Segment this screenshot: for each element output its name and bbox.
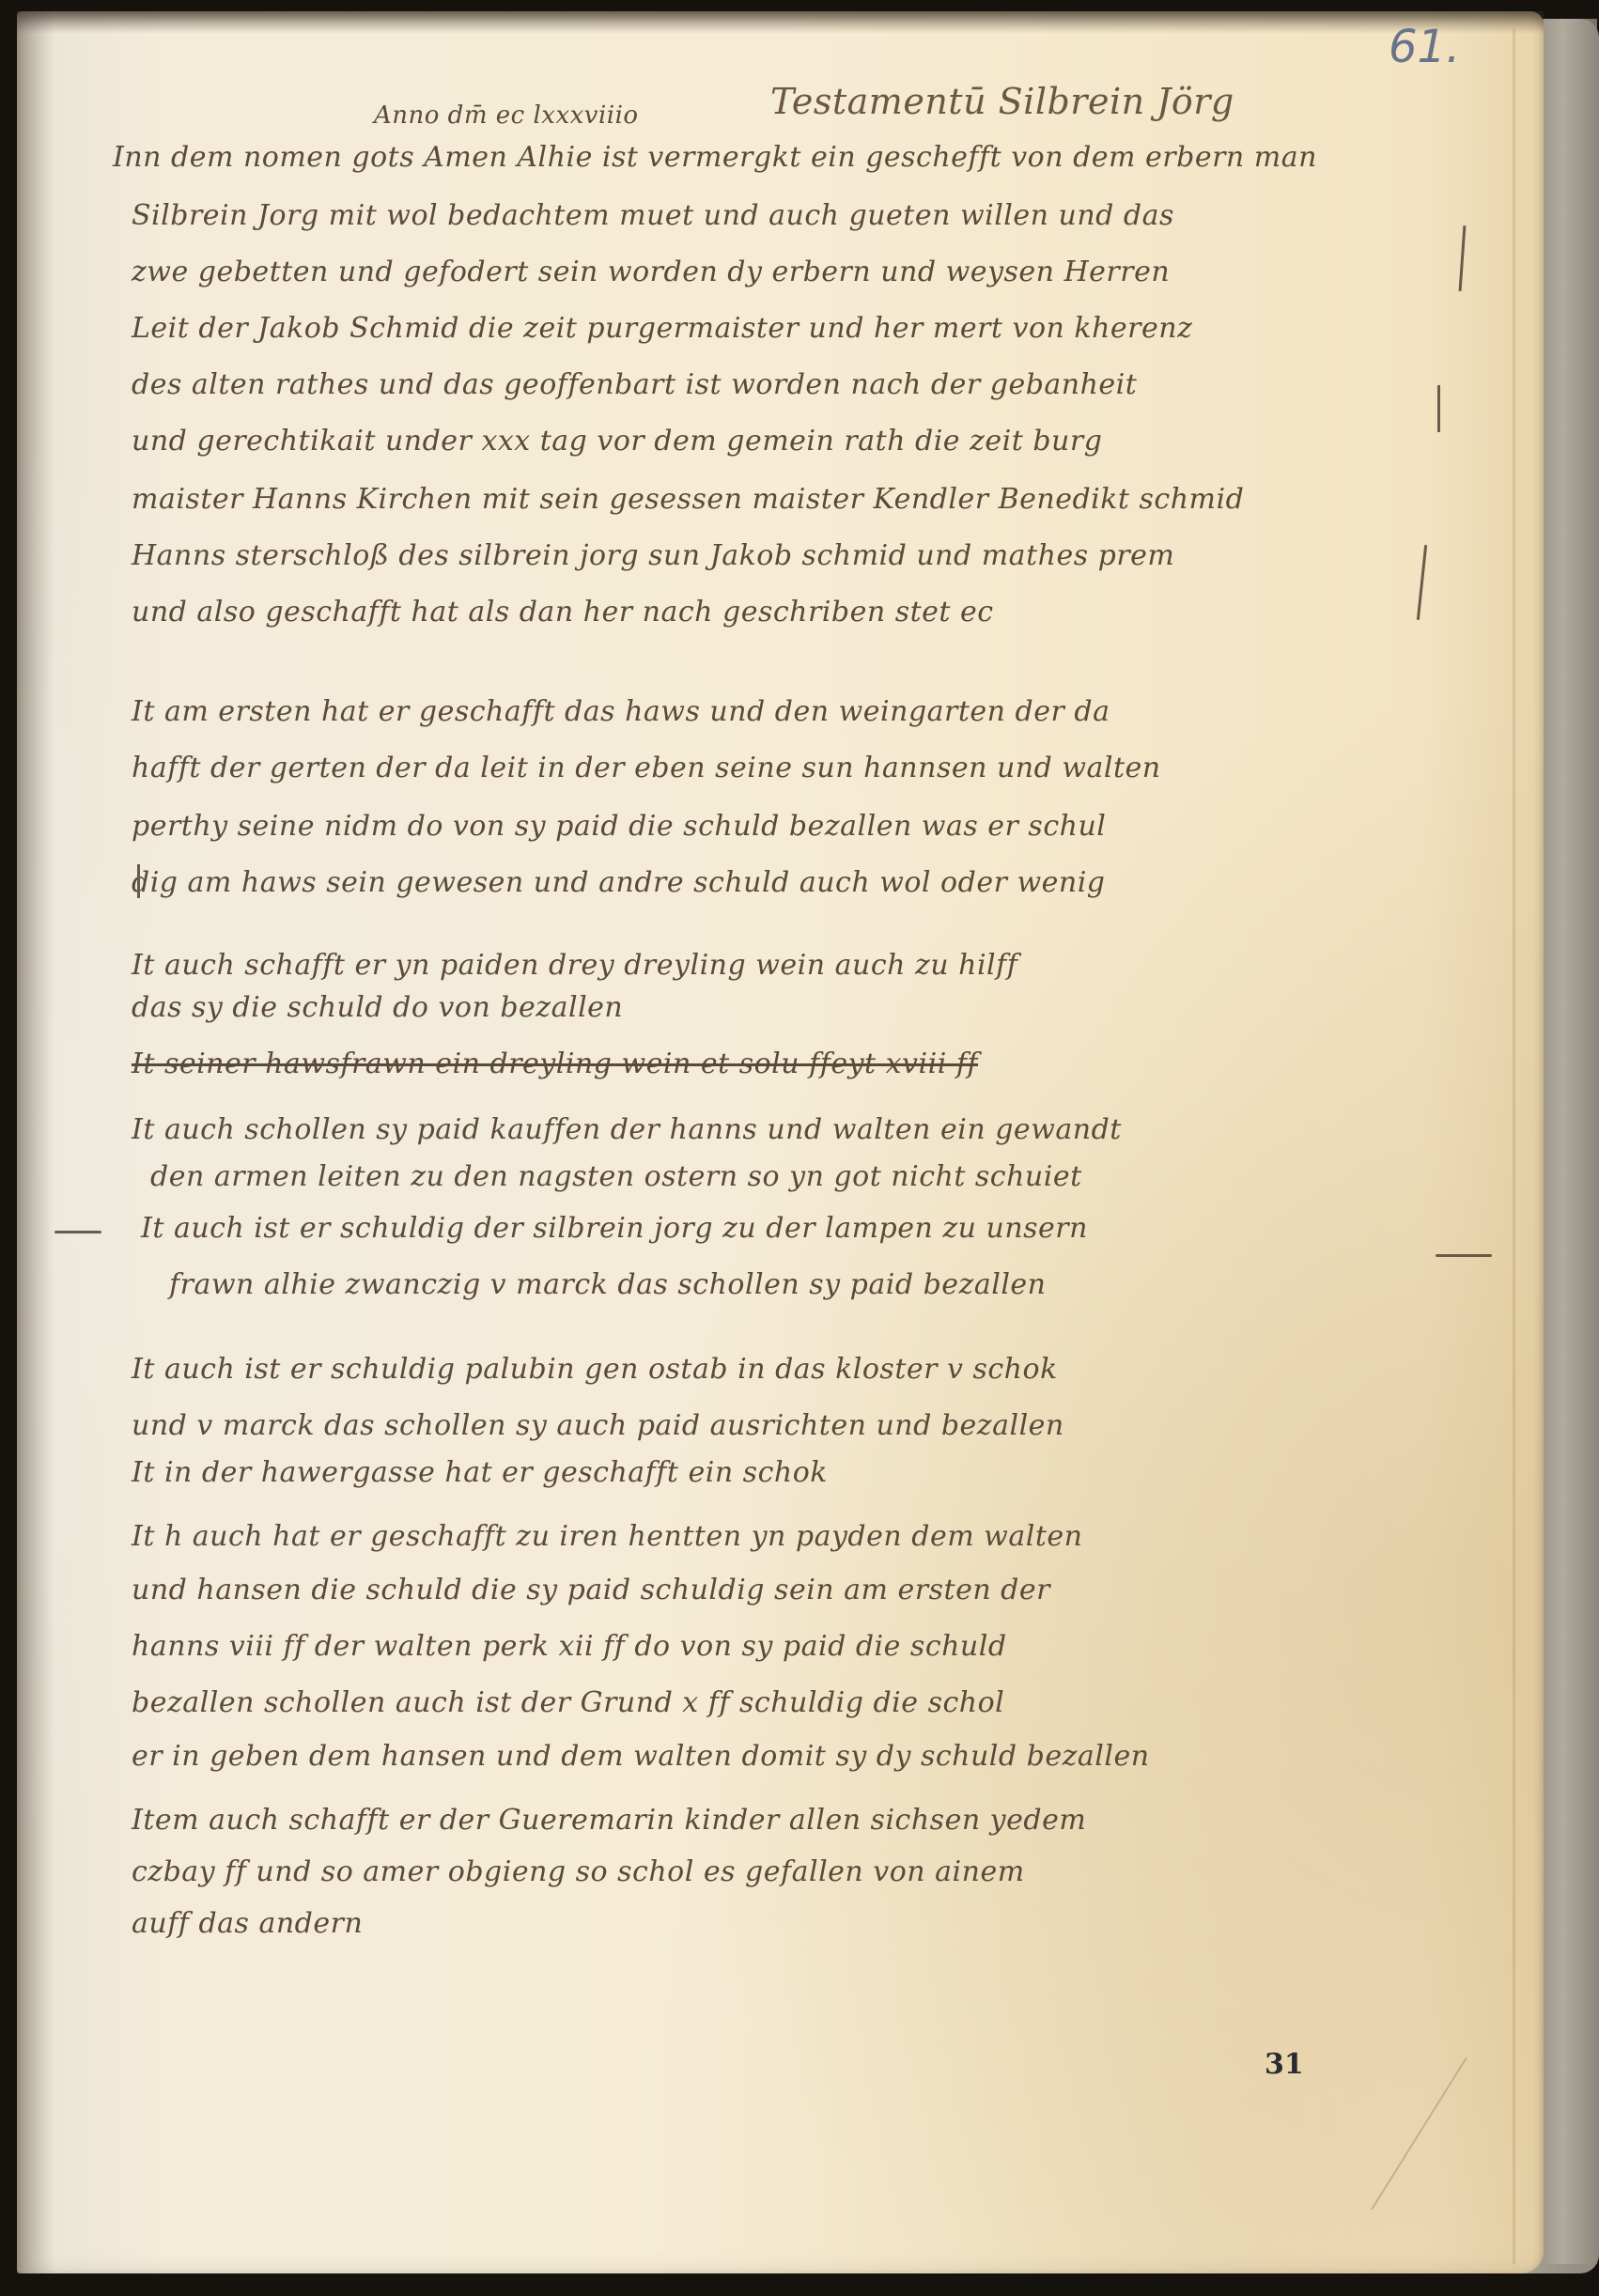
margin-dash-right: [1436, 1254, 1492, 1257]
text-line: It auch schafft er yn paiden drey dreyli…: [132, 949, 1017, 982]
margin-dash-left: [54, 1231, 101, 1233]
margin-stroke: [1437, 385, 1440, 432]
margin-stroke: [137, 864, 140, 898]
text-line: Hanns sterschloß des silbrein jorg sun J…: [132, 539, 1174, 572]
text-line: Item auch schafft er der Gueremarin kind…: [132, 1804, 1086, 1837]
text-line: und gerechtikait under xxx tag vor dem g…: [132, 425, 1102, 458]
text-line: hafft der gerten der da leit in der eben…: [132, 752, 1161, 784]
text-line: It in der hawergasse hat er geschafft ei…: [132, 1456, 828, 1489]
text-line: das sy die schuld do von bezallen: [132, 991, 623, 1024]
stamp-number: 31: [1265, 2048, 1304, 2081]
struck-text-line: It seiner hawsfrawn ein dreyling wein et…: [132, 1047, 978, 1080]
text-line: auff das andern: [132, 1907, 363, 1940]
text-line: It am ersten hat er geschafft das haws u…: [132, 695, 1110, 728]
text-line: bezallen schollen auch ist der Grund x f…: [132, 1686, 1004, 1719]
text-line: und also geschafft hat als dan her nach …: [132, 596, 994, 628]
text-line: und hansen die schuld die sy paid schuld…: [132, 1574, 1050, 1606]
text-line: des alten rathes und das geoffenbart ist…: [132, 368, 1137, 401]
text-line: Silbrein Jorg mit wol bedachtem muet und…: [132, 199, 1174, 232]
manuscript-text: Inn dem nomen gots Amen Alhie ist vermer…: [0, 0, 1599, 2296]
text-line: frawn alhie zwanczig v marck das scholle…: [169, 1268, 1046, 1301]
text-line: perthy seine nidm do von sy paid die sch…: [132, 810, 1106, 843]
text-line: den armen leiten zu den nagsten ostern s…: [150, 1160, 1082, 1193]
text-line: czbay ff und so amer obgieng so schol es…: [132, 1855, 1025, 1888]
margin-stroke: [1459, 225, 1467, 291]
text-line: Leit der Jakob Schmid die zeit purgermai…: [132, 312, 1192, 345]
text-line: It auch schollen sy paid kauffen der han…: [132, 1113, 1122, 1146]
text-line: zwe gebetten und gefodert sein worden dy…: [132, 256, 1170, 288]
text-line: It auch ist er schuldig der silbrein jor…: [141, 1212, 1088, 1245]
text-line: Inn dem nomen gots Amen Alhie ist vermer…: [113, 141, 1317, 174]
text-line: er in geben dem hansen und dem walten do…: [132, 1740, 1150, 1773]
text-line: hanns viii ff der walten perk xii ff do …: [132, 1630, 1007, 1663]
text-line: und v marck das schollen sy auch paid au…: [132, 1409, 1064, 1442]
text-line: It h auch hat er geschafft zu iren hentt…: [132, 1520, 1082, 1553]
text-line: It auch ist er schuldig palubin gen osta…: [132, 1353, 1058, 1386]
text-line: dig am haws sein gewesen und andre schul…: [132, 866, 1106, 899]
margin-stroke: [1417, 545, 1427, 620]
text-line: maister Hanns Kirchen mit sein gesessen …: [132, 483, 1244, 516]
